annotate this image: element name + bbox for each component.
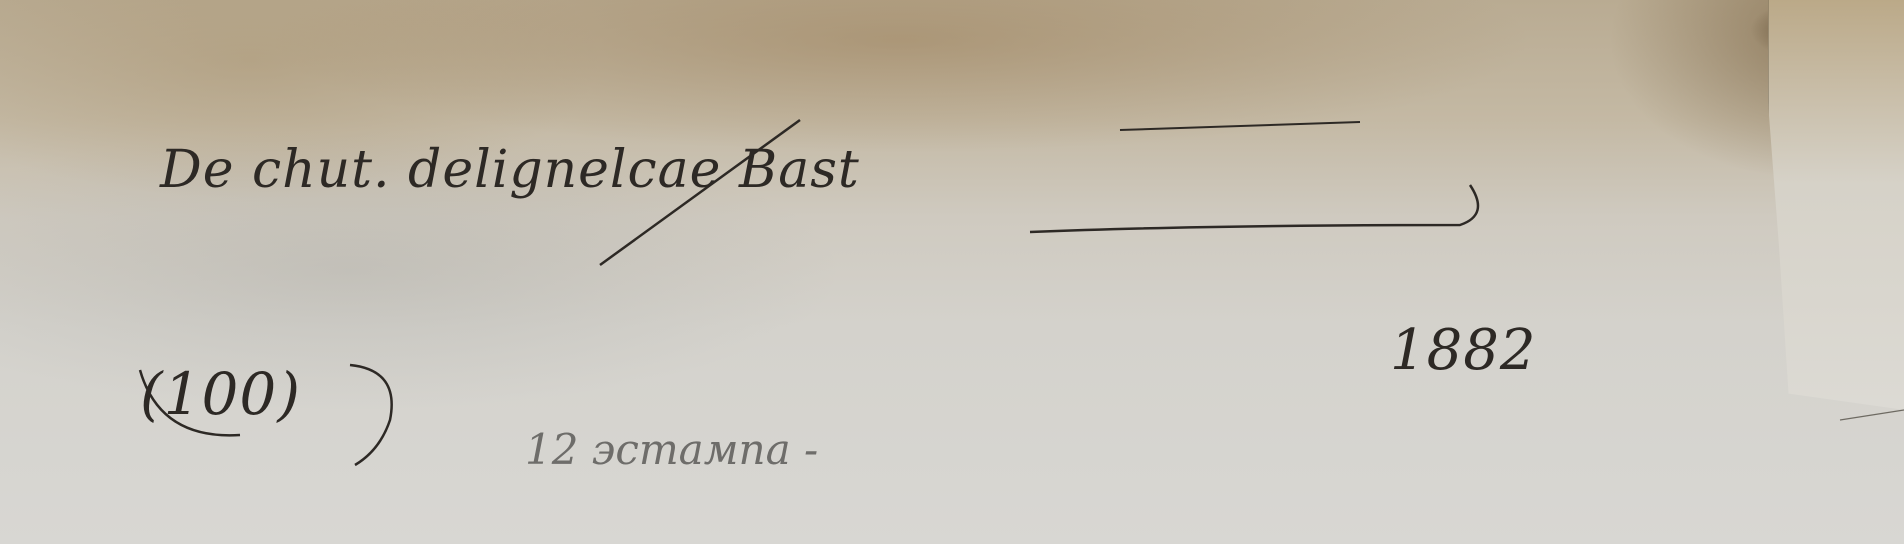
ink-flourishes [0, 0, 1904, 544]
number-label: (100) [140, 360, 301, 428]
signature-line: De chut. delignelcae Bast [160, 140, 860, 200]
aged-paper: De chut. delignelcae Bast (100) 12 эстам… [0, 0, 1904, 544]
pencil-note: 12 эстампа - [525, 425, 818, 474]
year-label: 1882 [1390, 318, 1537, 383]
